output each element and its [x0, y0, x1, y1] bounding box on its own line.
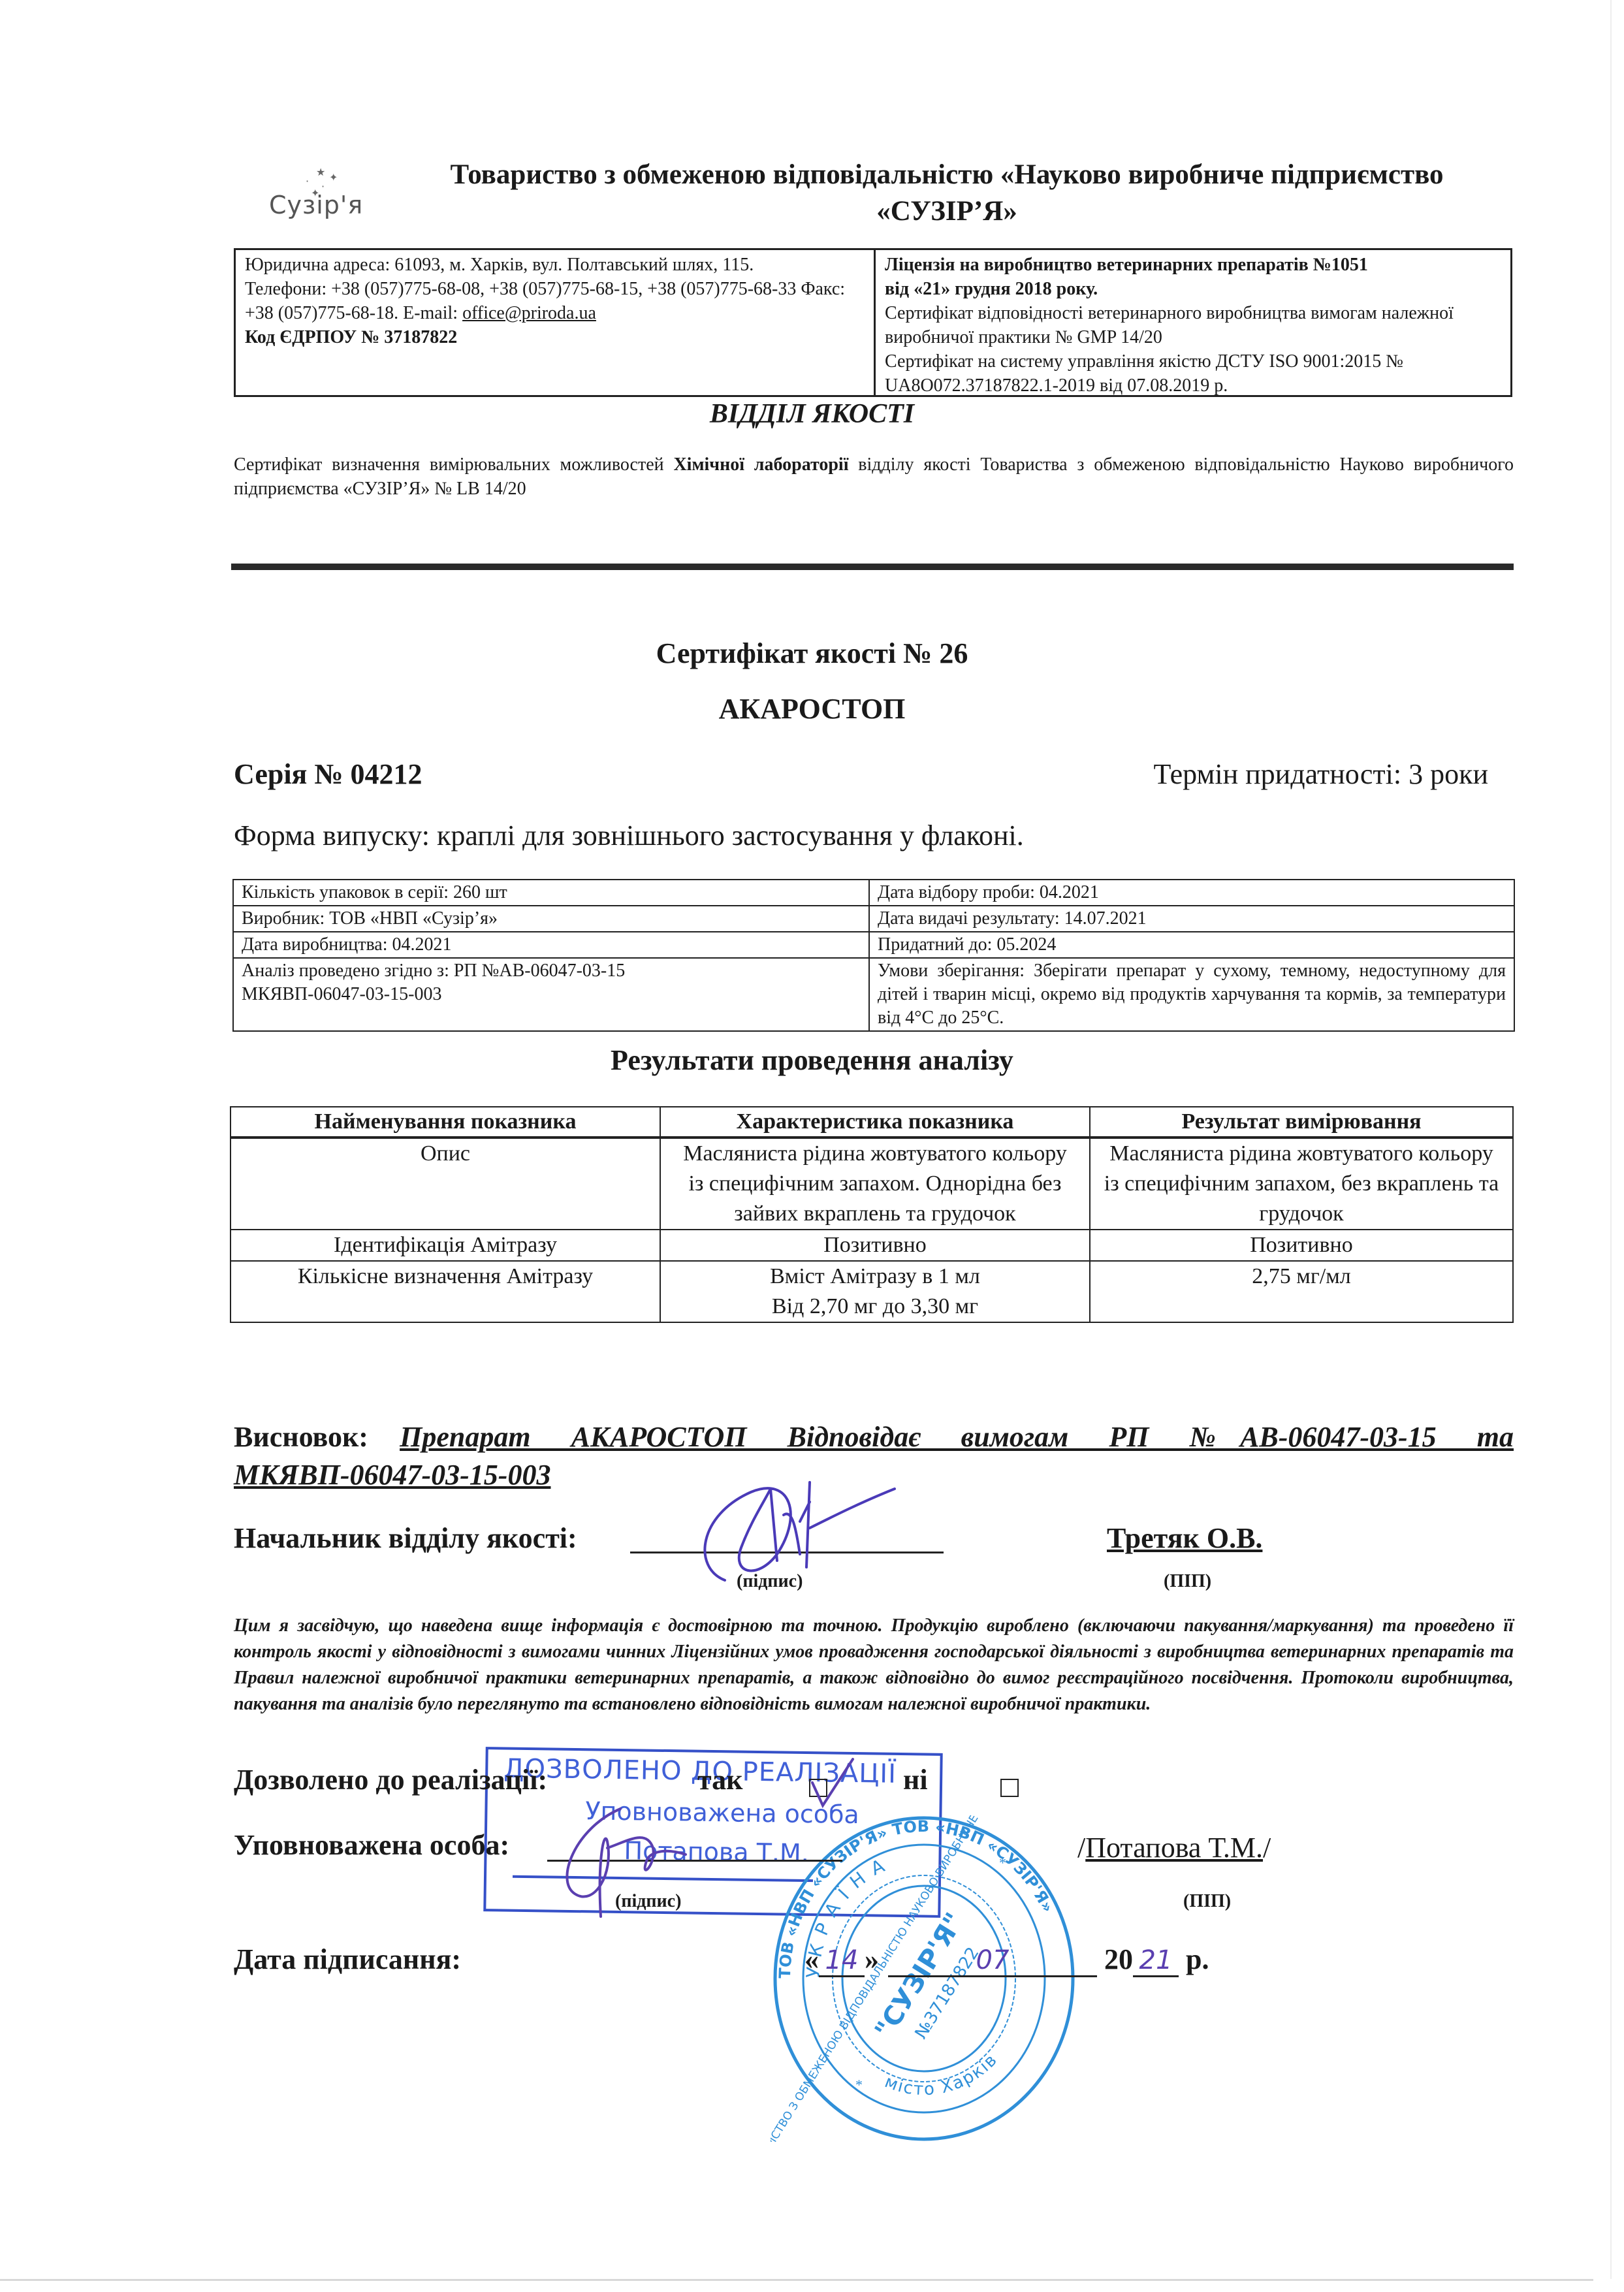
- svg-text:*: *: [855, 2077, 863, 2093]
- name-caption: (ПІП): [1164, 1571, 1211, 1592]
- iso-certificate: Сертифікат на систему управління якістю …: [885, 349, 1501, 398]
- table-cell: Кількість упаковок в серії: 260 шт: [233, 880, 869, 906]
- lab-certificate-note: Сертифікат визначення вимірювальних можл…: [234, 453, 1514, 501]
- table-row: Ідентифікація Амітразу Позитивно Позитив…: [231, 1230, 1513, 1261]
- table-cell: Кількісне визначення Амітразу: [231, 1261, 660, 1322]
- email-link[interactable]: office@priroda.ua: [462, 303, 596, 323]
- product-name: АКАРОСТОП: [0, 692, 1624, 725]
- release-form: Форма випуску: краплі для зовнішнього за…: [234, 819, 1024, 852]
- star-icon: ·: [306, 175, 309, 187]
- table-cell: Позитивно: [660, 1230, 1090, 1261]
- authorized-person-label: Уповноважена особа:: [234, 1828, 509, 1862]
- authorized-person-name: /Потапова Т.М./: [1077, 1831, 1271, 1864]
- head-of-quality-name: Третяк О.В.: [1107, 1521, 1262, 1555]
- phones: Телефони: +38 (057)775-68-08, +38 (057)7…: [245, 277, 865, 325]
- table-cell: Масляниста рідина жовтуватого кольору із…: [1090, 1138, 1513, 1230]
- attestation-statement: Цим я засвідчую, що наведена вище інформ…: [234, 1613, 1514, 1717]
- star-icon: ★: [316, 166, 325, 178]
- storage-conditions-cell: Умови зберігання: Зберігати препарат у с…: [869, 958, 1514, 1031]
- table-row: Опис Масляниста рідина жовтуватого кольо…: [231, 1138, 1513, 1230]
- contact-info-table: Юридична адреса: 61093, м. Харків, вул. …: [234, 248, 1512, 397]
- signature-caption: (підпис): [615, 1891, 681, 1912]
- table-cell: Масляниста рідина жовтуватого кольору із…: [660, 1138, 1090, 1230]
- table-cell: Опис: [231, 1138, 660, 1230]
- shelf-life: Термін придатності: 3 роки: [1153, 757, 1488, 791]
- checkmark-icon: [810, 1757, 855, 1809]
- company-seal-icon: ТОВ «НВП «СУЗІР'Я» ТОВ «НВП «СУЗІР'Я» УК…: [771, 1815, 1077, 2142]
- svg-text:*: *: [999, 1854, 1006, 1871]
- table-row: Кількість упаковок в серії: 260 шт Дата …: [233, 880, 1514, 906]
- column-header: Результат вимірювання: [1090, 1107, 1513, 1138]
- results-title: Результати проведення аналізу: [0, 1043, 1624, 1077]
- table-cell: Придатний до: 05.2024: [869, 932, 1514, 958]
- scan-edge: [1610, 0, 1612, 2279]
- date-year: 21: [1133, 1945, 1179, 1977]
- release-no-label: ні: [903, 1763, 928, 1796]
- scan-edge: [0, 2279, 1593, 2281]
- table-row: Аналіз проведено згідно з: РП №АВ-06047-…: [233, 958, 1514, 1031]
- column-header: Найменування показника: [231, 1107, 660, 1138]
- logo-text: Сузір'я: [269, 191, 363, 219]
- license-line2: від «21» грудня 2018 року.: [885, 277, 1501, 301]
- company-logo: ★ ✦ · · ✦ Сузір'я: [243, 162, 347, 221]
- release-permission-label: Дозволено до реалізації:: [234, 1763, 547, 1796]
- svg-text:місто Харків: місто Харків: [882, 2050, 1002, 2099]
- table-cell: Позитивно: [1090, 1230, 1513, 1261]
- department-title: ВІДДІЛ ЯКОСТІ: [0, 398, 1624, 430]
- license-line1: Ліцензія на виробництво ветеринарних пре…: [885, 253, 1501, 277]
- legal-address: Юридична адреса: 61093, м. Харків, вул. …: [245, 253, 865, 277]
- organization-title: Товариство з обмеженою відповідальністю …: [392, 157, 1502, 230]
- table-cell: Аналіз проведено згідно з: РП №АВ-06047-…: [233, 958, 869, 1031]
- table-row: Кількісне визначення Амітразу Вміст Аміт…: [231, 1261, 1513, 1322]
- results-table: Найменування показника Характеристика по…: [230, 1106, 1514, 1323]
- date-day: 14: [819, 1945, 865, 1977]
- table-cell: Дата видачі результату: 14.07.2021: [869, 906, 1514, 932]
- table-cell: Дата виробництва: 04.2021: [233, 932, 869, 958]
- batch-info-table: Кількість упаковок в серії: 260 шт Дата …: [232, 879, 1515, 1032]
- table-cell: Ідентифікація Амітразу: [231, 1230, 660, 1261]
- edrpou-code: Код ЄДРПОУ № 37187822: [245, 325, 865, 349]
- release-yes-label: так: [697, 1763, 743, 1796]
- handwritten-signature-icon: [679, 1476, 901, 1587]
- series-number: Серія № 04212: [234, 757, 422, 791]
- table-row: Дата виробництва: 04.2021 Придатний до: …: [233, 932, 1514, 958]
- release-no-checkbox[interactable]: [1000, 1779, 1019, 1797]
- separator-line: [231, 564, 1514, 570]
- date-month: 07: [888, 1945, 1097, 1977]
- table-header-row: Найменування показника Характеристика по…: [231, 1107, 1513, 1138]
- table-cell: Вміст Амітразу в 1 мл Від 2,70 мг до 3,3…: [660, 1261, 1090, 1322]
- table-row: Виробник: ТОВ «НВП «Сузір’я» Дата видачі…: [233, 906, 1514, 932]
- licenses: Ліцензія на виробництво ветеринарних пре…: [876, 250, 1510, 395]
- table-cell: Дата відбору проби: 04.2021: [869, 880, 1514, 906]
- star-icon: ✦: [329, 171, 338, 183]
- table-cell: 2,75 мг/мл: [1090, 1261, 1513, 1322]
- gmp-certificate: Сертифікат відповідності ветеринарного в…: [885, 301, 1501, 349]
- signing-date-label: Дата підписання:: [234, 1943, 461, 1976]
- signing-date: «14»07 2021 р.: [804, 1943, 1209, 1977]
- legal-contacts: Юридична адреса: 61093, м. Харків, вул. …: [236, 250, 876, 395]
- name-caption: (ПІП): [1183, 1891, 1231, 1912]
- column-header: Характеристика показника: [660, 1107, 1090, 1138]
- table-cell: Виробник: ТОВ «НВП «Сузір’я»: [233, 906, 869, 932]
- certificate-title: Сертифікат якості № 26: [0, 637, 1624, 670]
- head-of-quality-label: Начальник відділу якості:: [234, 1521, 577, 1555]
